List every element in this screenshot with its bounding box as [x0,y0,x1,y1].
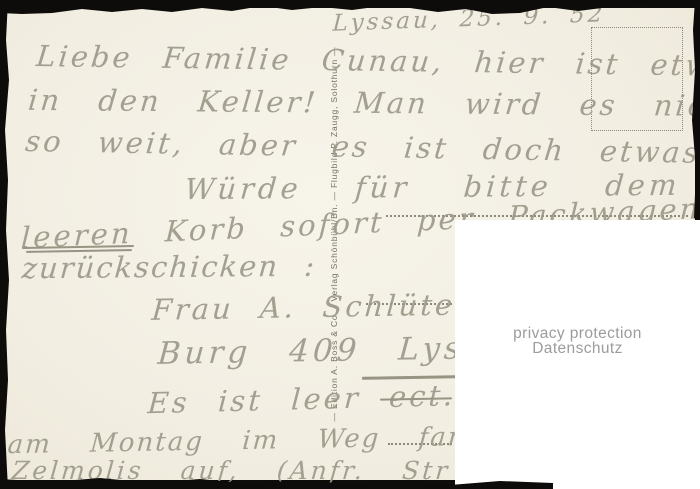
handwriting-line: Frau A. Schlüter- [151,287,487,327]
privacy-label: privacy protection Datenschutz [455,326,700,356]
handwriting-line: zurückschicken : [21,249,318,286]
handwriting-line: Burg 409 Lyss [157,330,486,372]
handwriting-line: in den Keller! Man wird es nicht [27,83,700,123]
postcard-scan: — Edition A. Boss & Co. - Verlag Schönbü… [0,0,700,489]
handwriting-line: Zelmolis auf, (Anfr. Str [11,456,452,485]
privacy-label-de: Datenschutz [455,341,700,356]
privacy-overlay: privacy protection Datenschutz [455,220,700,489]
privacy-label-en: privacy protection [455,326,700,341]
